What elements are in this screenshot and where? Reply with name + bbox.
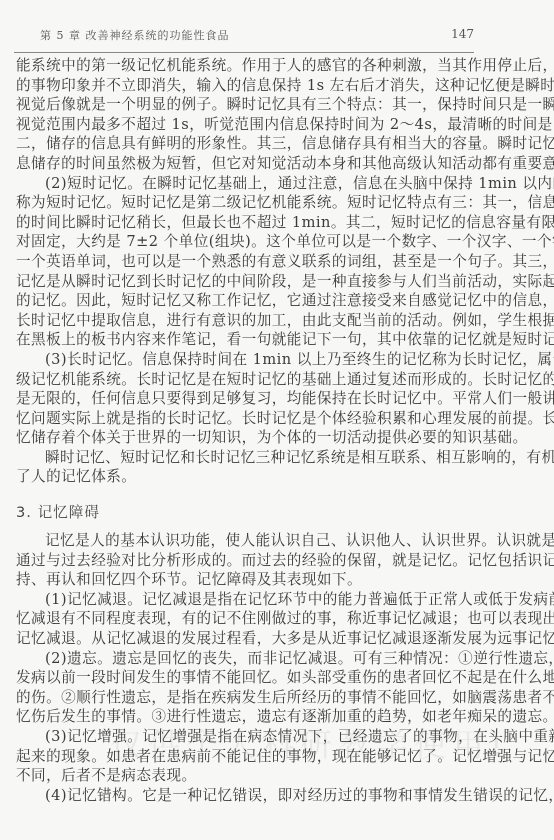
text-line: 称为短时记忆。短时记忆是第二级记忆机能系统。短时记忆特点有三：其一，信息保持: [16, 193, 476, 213]
text-line: 记忆是从瞬时记忆到长时记忆的中间阶段，是一种直接参与人们当前活动，实际起作用: [16, 272, 476, 292]
paragraph-first-line: (2)遗忘。遗忘是回忆的丧失，而非记忆减退。可有三种情况：①逆行性遗忘，是指: [16, 649, 476, 669]
text-line: 能系统中的第一级记忆机能系统。作用于人的感官的各种刺激，当其作用停止后，感觉: [16, 56, 476, 76]
text-line: 长时记忆中提取信息，进行有意识的加工，由此支配当前的活动。例如，学生根据教师: [16, 311, 476, 331]
section-heading: 3. 记忆障碍: [16, 501, 476, 525]
page-number: 147: [451, 27, 474, 41]
text-line: 视觉范围内最多不超过 1s，听觉范围内信息保持时间为 2～4s，最清晰的时间是 …: [16, 115, 476, 135]
paragraph-first-line: (2)短时记忆。在瞬时记忆基础上，通过注意，信息在头脑中保持 1min 以内的记…: [16, 174, 476, 194]
text-line: 二，储存的信息具有鲜明的形象性。其三，信息储存具有相当大的容量。瞬时记忆对信: [16, 134, 476, 154]
text-line: 起来的现象。如患者在患病前不能记住的事物，现在能够记忆了。记忆增强与记忆超常: [16, 747, 476, 767]
text-line: 的记忆。因此，短时记忆又称工作记忆，它通过注意接受来自感觉记忆中的信息，并从: [16, 291, 476, 311]
header-rule: [14, 52, 474, 53]
paragraph-first-line: 瞬时记忆、短时记忆和长时记忆三种记忆系统是相互联系、相互影响的，有机构成: [16, 448, 476, 468]
text-line: 不同，后者不是病态表现。: [16, 766, 476, 786]
text-line: 的时间比瞬时记忆稍长，但最长也不超过 1min。其二，短时记忆的信息容量有限，且…: [16, 213, 476, 233]
paragraph-first-line: (3)长时记忆。信息保持时间在 1min 以上乃至终生的记忆称为长时记忆，属于第…: [16, 350, 476, 370]
text-line: 通过与过去经验对比分析形成的。而过去的经验的保留，就是记忆。记忆包括识记、保: [16, 551, 476, 571]
text-line: 是无限的，任何信息只要得到足够复习，均能保持在长时记忆中。平常人们一般讲的记: [16, 389, 476, 409]
text-line: 的伤。②顺行性遗忘，是指在疾病发生后所经历的事情不能回忆，如脑震荡患者不能回: [16, 688, 476, 708]
text-line: 对固定，大约是 7±2 个单位(组块)。这个单位可以是一个数字、一个汉字、一个字…: [16, 232, 476, 252]
text-line: 一个英语单词，也可以是一个熟悉的有意义联系的词组，甚至是一个句子。其三，短时: [16, 252, 476, 272]
text-line: 记忆减退。从记忆减退的发展过程看，大多是从近事记忆减退逐渐发展为远事记忆减退。: [16, 629, 476, 649]
text-line: 的事物印象并不立即消失，输入的信息保持 1s 左右后才消失，这种记忆便是瞬时记忆…: [16, 76, 476, 96]
spacer: [16, 487, 476, 501]
text-line: 忆伤后发生的事情。③进行性遗忘，遗忘有逐渐加重的趋势，如老年痴呆的遗忘。: [16, 707, 476, 727]
running-header: 第 5 章 改善神经系统的功能性食品 147: [14, 22, 474, 50]
text-line: 忆减退有不同程度表现，有的记不住刚做过的事，称近事记忆减退；也可以表现出远事: [16, 609, 476, 629]
text-line: 了人的记忆体系。: [16, 467, 476, 487]
text-line: 发病以前一段时间发生的事情不能回忆。如头部受重伤的患者回忆不起是在什么地方受: [16, 668, 476, 688]
paragraph-first-line: (4)记忆错构。它是一种记忆错误，即对经历过的事物和事情发生错误的记忆，别人: [16, 786, 476, 806]
text-line: 在黑板上的板书内容来作笔记，看一句就能记下一句，其中依靠的记忆就是短时记忆。: [16, 330, 476, 350]
chapter-title: 第 5 章 改善神经系统的功能性食品: [40, 27, 230, 43]
text-line: 级记忆机能系统。长时记忆是在短时记忆的基础上通过复述而形成的。长时记忆的容量: [16, 370, 476, 390]
page-body: 能系统中的第一级记忆机能系统。作用于人的感官的各种刺激，当其作用停止后，感觉的事…: [16, 56, 476, 805]
text-line: 息储存的时间虽然极为短暂，但它对知觉活动本身和其他高级认知活动都有重要意义。: [16, 154, 476, 174]
paragraph-first-line: (3)记忆增强。记忆增强是指在病态情况下，已经遗忘了的事物，在头脑中重新活跃: [16, 727, 476, 747]
paragraph-first-line: 记忆是人的基本认识功能，使人能认识自己、认识他人、认识世界。认识就是人们: [16, 531, 476, 551]
text-line: 忆问题实际上就是指的长时记忆。长时记忆是个体经验积累和心理发展的前提。长时记: [16, 409, 476, 429]
paragraph-first-line: (1)记忆减退。记忆减退是指在记忆环节中的能力普遍低于正常人或低于发病前。记: [16, 590, 476, 610]
text-line: 持、再认和回忆四个环节。记忆障碍及其表现如下。: [16, 570, 476, 590]
text-line: 视觉后像就是一个明显的例子。瞬时记忆具有三个特点：其一，保持时间只是一瞬间，: [16, 95, 476, 115]
text-line: 忆储存着个体关于世界的一切知识，为个体的一切活动提供必要的知识基础。: [16, 428, 476, 448]
